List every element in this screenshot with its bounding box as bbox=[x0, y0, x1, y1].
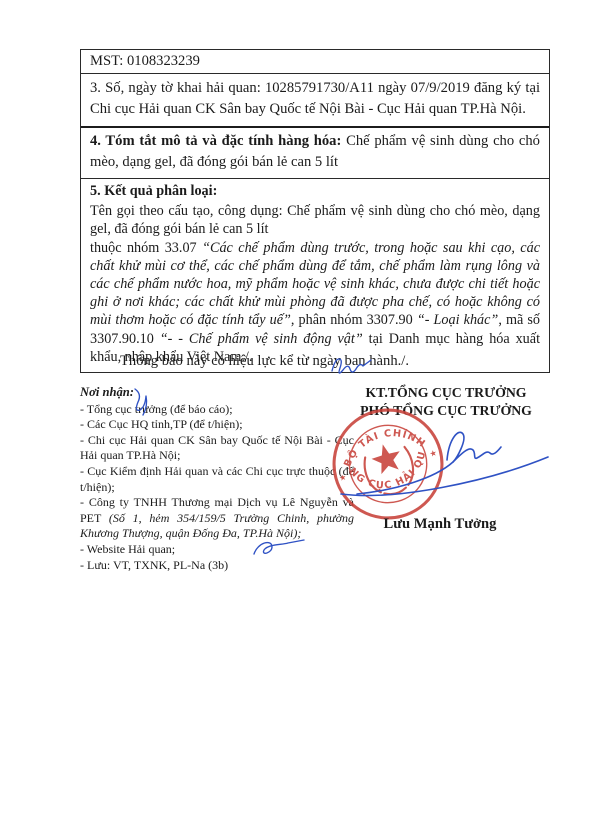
approval-initial-icon bbox=[328, 351, 374, 377]
recipient-item: - Các Cục HQ tỉnh,TP (để t/hiện); bbox=[80, 417, 354, 433]
recipients-initial-icon bbox=[126, 386, 156, 418]
recipients-label: Nơi nhận: bbox=[80, 385, 354, 401]
signer-title-line1: KT.TỔNG CỤC TRƯỞNG bbox=[338, 384, 554, 402]
goods-description-text: 4. Tóm tắt mô tả và đặc tính hàng hóa: C… bbox=[90, 131, 540, 173]
signer-name: Lưu Mạnh Tưởng bbox=[340, 516, 540, 533]
recipient-item: - Website Hải quan; bbox=[80, 542, 354, 558]
tax-code: MST: 0108323239 bbox=[90, 51, 540, 71]
section5-label: 5. Kết quả phân loại: bbox=[90, 182, 540, 200]
goods-description-row: 4. Tóm tắt mô tả và đặc tính hàng hóa: C… bbox=[81, 128, 549, 179]
section5-legal-text: thuộc nhóm 33.07 “Các chế phẩm dùng trướ… bbox=[90, 239, 540, 366]
classification-info-table: MST: 0108323239 3. Số, ngày tờ khai hải … bbox=[80, 49, 550, 373]
section4-label: 4. Tóm tắt mô tả và đặc tính hàng hóa: bbox=[90, 133, 341, 149]
recipient-item: - Công ty TNHH Thương mại Dịch vụ Lê Ngu… bbox=[80, 495, 354, 542]
recipient-company-address: (Số 1, hẻm 354/159/5 Trường Chinh, phườn… bbox=[80, 511, 354, 541]
recipient-item: - Tổng cục trưởng (để báo cáo); bbox=[80, 402, 354, 418]
recipients-list: Nơi nhận: - Tổng cục trưởng (để báo cáo)… bbox=[80, 385, 354, 573]
recipient-item: - Lưu: VT, TXNK, PL-Na (3b) bbox=[80, 558, 354, 574]
archive-initial-icon bbox=[248, 535, 310, 561]
recipient-item: - Cục Kiểm định Hải quan và các Chi cục … bbox=[80, 464, 354, 495]
classification-result-row: 5. Kết quả phân loại: Tên gọi theo cấu t… bbox=[81, 179, 549, 372]
customs-declaration-row: 3. Số, ngày tờ khai hải quan: 1028579173… bbox=[81, 74, 549, 128]
hs-heading-intro: thuộc nhóm 33.07 bbox=[90, 240, 202, 256]
subheading-quote: “- Loại khác” bbox=[417, 312, 499, 328]
subheading-intro: , phân nhóm 3307.90 bbox=[291, 312, 417, 328]
signature-ink-icon bbox=[335, 420, 555, 505]
tax-code-row: MST: 0108323239 bbox=[81, 50, 549, 74]
scanned-document-page: MST: 0108323239 3. Số, ngày tờ khai hải … bbox=[0, 0, 595, 839]
section5-name-line: Tên gọi theo cấu tạo, công dụng: Chế phẩ… bbox=[90, 202, 540, 238]
code-quote: “- - Chế phẩm vệ sinh động vật” bbox=[160, 331, 363, 347]
effectivity-note: Thông báo này có hiệu lực kể từ ngày ban… bbox=[120, 353, 420, 370]
declaration-text: 3. Số, ngày tờ khai hải quan: 1028579173… bbox=[90, 78, 540, 120]
recipient-item: - Chi cục Hải quan CK Sân bay Quốc tế Nộ… bbox=[80, 433, 354, 464]
